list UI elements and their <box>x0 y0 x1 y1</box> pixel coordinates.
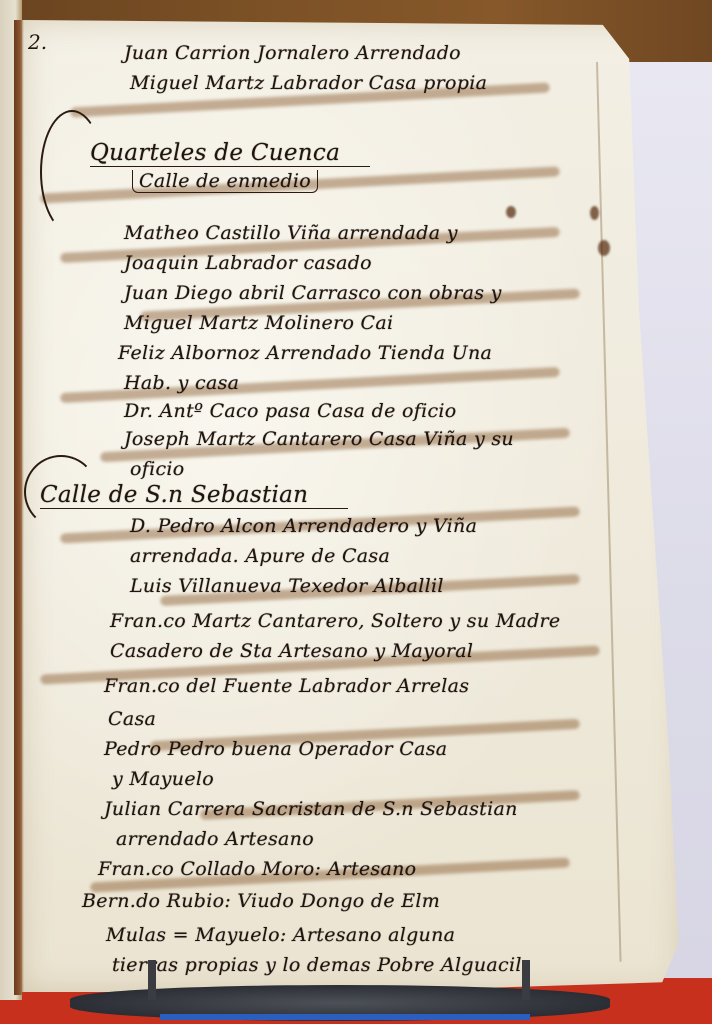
entry-line: Fran.co Martz Cantarero, Soltero y su Ma… <box>110 610 560 632</box>
entry-line: Pedro Pedro buena Operador Casa <box>104 738 447 760</box>
capital-flourish <box>40 110 104 234</box>
book-spine-shadow <box>14 20 24 995</box>
entry-line: arrendado Artesano <box>116 828 314 850</box>
entry-line: Mulas = Mayuelo: Artesano alguna <box>106 924 455 946</box>
entry-line: D. Pedro Alcon Arrendadero y Viña <box>130 515 477 537</box>
stand-post <box>522 960 530 1000</box>
entry-line: Fran.co Collado Moro: Artesano <box>98 858 416 880</box>
entry-line: Miguel Martz Labrador Casa propia <box>130 72 487 94</box>
folio-number: 2. <box>28 30 47 54</box>
entry-line: Joseph Martz Cantarero Casa Viña y su <box>124 428 514 450</box>
stand-post <box>148 960 156 1000</box>
entry-line: oficio <box>130 458 185 480</box>
section-heading: Calle de S.n Sebastian <box>40 482 348 509</box>
entry-line: Dr. Antº Caco pasa Casa de oficio <box>124 400 457 422</box>
entry-line: Julian Carrera Sacristan de S.n Sebastia… <box>104 798 518 820</box>
entry-line: Fran.co del Fuente Labrador Arrelas <box>104 675 469 697</box>
entry-line: Hab. y casa <box>124 372 239 394</box>
entry-line: Luis Villanueva Texedor Alballil <box>130 575 444 597</box>
entry-line: Juan Diego abril Carrasco con obras y <box>124 282 502 304</box>
entry-line: y Mayuelo <box>112 768 214 790</box>
entry-line: arrendada. Apure de Casa <box>130 545 390 567</box>
section-heading: Quarteles de Cuenca <box>90 140 370 167</box>
entry-line: Feliz Albornoz Arrendado Tienda Una <box>118 342 492 364</box>
entry-line: Casa <box>108 708 156 730</box>
entry-line: Matheo Castillo Viña arrendada y <box>124 222 458 244</box>
entry-line: Joaquin Labrador casado <box>124 252 372 274</box>
entry-line: Juan Carrion Jornalero Arrendado <box>124 42 461 64</box>
entry-line: Casadero de Sta Artesano y Mayoral <box>110 640 473 662</box>
entry-line: tierras propias y lo demas Pobre Alguaci… <box>112 954 522 976</box>
stand-base-bar <box>160 1014 530 1020</box>
section-subheading: Calle de enmedio <box>132 170 318 193</box>
entry-line: Bern.do Rubio: Viudo Dongo de Elm <box>82 890 440 912</box>
entry-line: Miguel Martz Molinero Cai <box>124 312 393 334</box>
